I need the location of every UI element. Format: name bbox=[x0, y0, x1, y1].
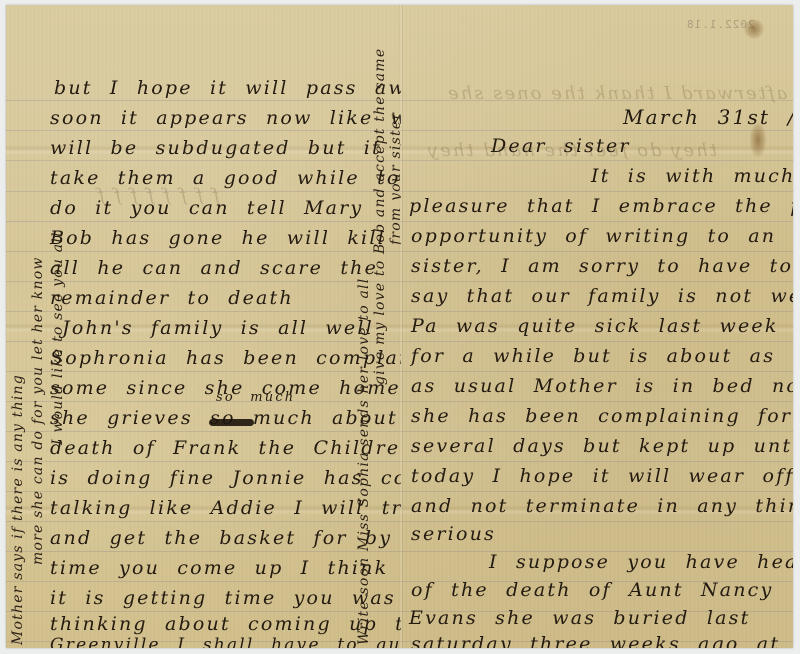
letter-line: it is getting time you was bbox=[50, 587, 396, 609]
letter-line: saturday three weeks ago at bbox=[411, 633, 780, 648]
letter-line: It is with much bbox=[591, 165, 793, 187]
letter-line: for a while but is about as well bbox=[411, 345, 793, 367]
letter-line: all he can and scare the bbox=[50, 257, 378, 279]
letter-line: thinking about coming up to bbox=[50, 613, 401, 635]
letter-scan: afterward I thank the ones she they do f… bbox=[6, 5, 793, 648]
letter-line: take them a good while to bbox=[50, 167, 401, 189]
letter-line: Evans she was buried last bbox=[409, 607, 750, 629]
margin-note-vertical: more she can do for you let her know bbox=[30, 256, 46, 565]
right-page: March 31st /62 Dear sister It is with mu… bbox=[401, 5, 793, 648]
letter-line: Bob has gone he will kill bbox=[50, 227, 386, 249]
margin-note-vertical: Mother says if there is any thing bbox=[10, 374, 26, 645]
letter-line: soon it appears now like we bbox=[50, 107, 401, 129]
letter-line: opportunity of writing to an absent bbox=[411, 225, 793, 247]
letter-line: Greenville I shall have to quit bbox=[50, 635, 401, 648]
left-page: but I hope it will pass away soon it app… bbox=[6, 5, 401, 648]
letter-line: time you come up I think bbox=[50, 557, 388, 579]
letter-line: several days but kept up until bbox=[411, 435, 793, 457]
letter-line: but I hope it will pass away bbox=[54, 77, 401, 99]
letter-line: today I hope it will wear off bbox=[411, 465, 793, 487]
letter-line: do it you can tell Mary bbox=[50, 197, 363, 219]
margin-note-vertical: I would like to see you all bbox=[50, 231, 66, 445]
letter-date: March 31st /62 bbox=[623, 105, 793, 129]
inserted-text: so much bbox=[216, 390, 295, 405]
letter-line: and get the basket for by the bbox=[50, 527, 401, 549]
letter-line: Pa was quite sick last week bbox=[411, 315, 779, 337]
letter-line: death of Frank the Children bbox=[50, 437, 401, 459]
letter-line: she has been complaining for bbox=[411, 405, 792, 427]
struck-text bbox=[209, 419, 254, 426]
letter-line: as usual Mother is in bed now bbox=[411, 375, 793, 397]
letter-line: say that our family is not well bbox=[411, 285, 793, 307]
letter-line: sister, I am sorry to have to bbox=[411, 255, 793, 277]
margin-note-vertical: give my love to Bob and accept the same bbox=[372, 48, 388, 385]
letter-line: and not terminate in any thing bbox=[411, 495, 793, 517]
letter-line: remainder to death bbox=[50, 287, 294, 309]
letter-line: I suppose you have heard bbox=[489, 551, 793, 573]
salutation: Dear sister bbox=[491, 135, 631, 157]
letter-line: will be subdugated but it will bbox=[50, 137, 401, 159]
letter-line: pleasure that I embrace the present bbox=[409, 195, 793, 217]
letter-line: of the death of Aunt Nancy bbox=[411, 579, 773, 601]
letter-line: John's family is all well bbox=[62, 317, 374, 339]
letter-line: is doing fine Jonnie has commenced bbox=[50, 467, 401, 489]
letter-line: talking like Addie I will try bbox=[50, 497, 401, 519]
margin-note-vertical: Write soon Miss Sophia sends her love to… bbox=[356, 278, 372, 645]
letter-line: Sophronia has been complaining bbox=[50, 347, 401, 369]
letter-line: serious bbox=[411, 523, 496, 545]
